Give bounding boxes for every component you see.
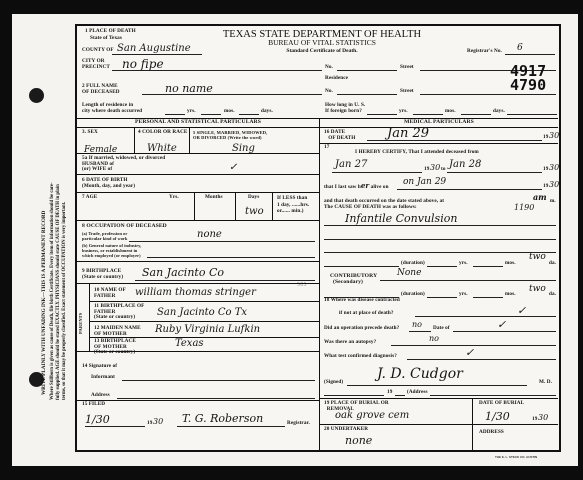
age-months-label: Months [205, 195, 223, 201]
md-label: M. D. [539, 380, 552, 386]
date-of-value: ✓ [497, 318, 506, 331]
sign-year-prefix: 19 [387, 390, 392, 396]
mother-birthplace-value: Texas [175, 338, 204, 349]
street-label-1: Street [400, 65, 414, 71]
from-year-prefix: 19 [424, 167, 429, 173]
physician-address-label: (Address [407, 390, 428, 396]
filed-year: 30 [153, 417, 163, 426]
age-label: 7 AGE [82, 195, 97, 201]
operation-value: no [412, 320, 422, 329]
disease-value: ✓ [517, 304, 526, 317]
city-label: CITY ORPRECINCT [82, 59, 110, 70]
dod-label-2: OF DEATH [328, 135, 355, 141]
informant-label-2: Informant [91, 375, 115, 381]
city-label-2: PRECINCT [82, 64, 110, 70]
place-of-death-label: 1 PLACE OF DEATH [85, 29, 136, 35]
operation-label: Did an operation precede death? [324, 326, 399, 332]
registrar-signature: T. G. Roberson [182, 412, 263, 425]
no-label-1: No. [325, 65, 333, 71]
less-label-2: 1 day, ......hrs. [277, 202, 309, 208]
occupation-a-value: none [197, 229, 222, 240]
less-label-3: or...... min.) [277, 208, 304, 214]
state-label: State of Texas [90, 36, 122, 42]
cause-mos-label: mos. [505, 261, 516, 267]
signed-label: (Signed) [324, 380, 343, 386]
residence-label: Residence [325, 76, 348, 82]
file-number-bottom: 4790 [510, 76, 546, 94]
birthplace-label: 9 BIRTHPLACE(State or country) [82, 269, 123, 280]
death-time-value: am [533, 192, 547, 202]
burial-place-value: oak grove cem [335, 410, 409, 421]
father-label-2: FATHER [94, 293, 115, 299]
printer-mark: THE E. L. STECK CO. AUSTIN [495, 455, 537, 459]
mother-name-value: Ruby Virginia Lufkin [155, 324, 260, 335]
occupation-a-label: (a) Trade, profession orparticular kind … [82, 232, 128, 242]
side-instruction-1: WRITE PLAINLY WITH UNFADING INK—THIS IS … [42, 85, 47, 395]
disease-contracted-label: 18 Where was disease contracted [324, 298, 400, 304]
registrar-label: Registrar. [287, 421, 310, 427]
contributory-value: None [397, 268, 421, 278]
cause-value: Infantile Convulsion [345, 212, 457, 225]
test-label: What test confirmed diagnosis? [324, 354, 397, 360]
parents-label: PARENTS [78, 313, 84, 334]
cause-label: The CAUSE OF DEATH was as follows: [324, 205, 417, 211]
burial-date-value: 1/30 [485, 410, 510, 423]
side-instruction-4: terms, so that it may be properly classi… [62, 70, 67, 400]
informant-address-label: Address [91, 393, 110, 399]
side-instruction-2: Where Stillborn is given as cause of Dea… [50, 70, 55, 400]
cause-da-label: da. [549, 261, 556, 267]
spouse-value: ✓ [229, 162, 237, 173]
contrib-da-label: da. [549, 292, 556, 298]
city-value: no fipe [122, 57, 164, 71]
contrib-mos-label: mos. [505, 292, 516, 298]
spouse-label: 5a If married, widowed, or divorcedHUSBA… [82, 156, 165, 173]
to-year: 30 [549, 163, 559, 172]
residence-length-label: Length of residence incity where death o… [82, 103, 142, 114]
father-birthplace-label: 11 BIRTHPLACE OFFATHER(State or country) [94, 304, 144, 321]
full-name-label-2: OF DECEASED [82, 89, 120, 95]
death-certificate-form: 1 PLACE OF DEATH State of Texas TEXAS ST… [75, 24, 561, 452]
marital-label: 5 SINGLE, MARRIED, WIDOWED,OR DIVORCED (… [193, 130, 267, 140]
street-label-2: Street [400, 89, 414, 95]
last-saw-value: on Jan 29 [403, 177, 446, 187]
cause-yrs-label: yrs. [459, 261, 468, 267]
us-yrs-label: yrs. [399, 109, 408, 115]
county-label: COUNTY OF [82, 48, 114, 54]
filed-year-prefix: 19 [147, 421, 152, 427]
cause-duration-days: two [529, 252, 546, 262]
dob-label: 6 DATE OF BIRTH(Month, day, and year) [82, 178, 135, 189]
m-label: m. [550, 199, 556, 205]
burial-year: 30 [538, 413, 548, 422]
less-than-label: If LESS than1 day, ......hrs.or...... mi… [277, 195, 309, 215]
sex-label: 3. SEX [82, 130, 98, 136]
date-of-label: Date of [433, 326, 450, 332]
res-days-label: days. [261, 109, 273, 115]
age-yrs-label: Yrs. [169, 195, 179, 201]
us-residence-label: How long in U. S.If foreign born? [325, 103, 365, 114]
county-value: San Augustine [117, 43, 191, 54]
occupation-b-label: (b) General nature of industry,business,… [82, 244, 141, 258]
undertaker-address-label: ADDRESS [479, 430, 504, 436]
occ-a-2: particular kind of work [82, 236, 128, 241]
dod-label: 16 DATE OF DEATH [324, 130, 355, 141]
burial-date-label: DATE OF BURIAL [479, 401, 524, 407]
dod-year-prefix: 19 [543, 135, 548, 141]
spouse-label-3: (or) WIFE of [82, 166, 112, 172]
alive-label: alive on [371, 184, 389, 190]
disease-place-label: if not at place of death? [339, 311, 394, 317]
filed-date: 1/30 [85, 413, 110, 426]
full-name-label: 2 FULL NAMEOF DECEASED [82, 84, 120, 95]
autopsy-label: Was there an autopsy? [324, 340, 376, 346]
dod-year: 30 [549, 131, 559, 140]
contrib-duration-label: (duration) [401, 292, 425, 298]
age-days-label: Days [248, 195, 259, 201]
contrib-yrs-label: yrs. [459, 292, 468, 298]
no-label-2: No. [325, 89, 333, 95]
personal-section-title: PERSONAL AND STATISTICAL PARTICULARS [77, 120, 319, 126]
father-name-value: william thomas stringer [135, 287, 256, 298]
contrib-duration-days: two [529, 284, 546, 294]
autopsy-value: no [429, 334, 439, 343]
us-label-2: If foreign born? [325, 108, 362, 114]
mother-birthplace-label: 13 BIRTHPLACEOF MOTHER(State or country) [94, 339, 136, 356]
bureau-title: BUREAU OF VITAL STATISTICS [197, 39, 447, 47]
us-mos-label: mos. [445, 109, 456, 115]
side-instruction-3: fully supplied. AGE should be stated EXA… [56, 70, 61, 400]
father-name-label: 10 NAME OFFATHER [94, 288, 126, 299]
attended-to-value: Jan 28 [449, 159, 481, 170]
occ-b-3: which employed (or employer) [82, 253, 141, 258]
item-17-label: 17 [324, 145, 329, 151]
last-saw-year: 30 [549, 180, 559, 189]
contributory-label: CONTRIBUTORY (Secondary) [330, 274, 377, 285]
registrar-no-label: Registrar's No. [467, 49, 502, 55]
mother-label-2: OF MOTHER [94, 331, 127, 337]
mother-name-label: 12 MAIDEN NAMEOF MOTHER [94, 326, 141, 337]
certificate-type: Standard Certificate of Death. [197, 48, 447, 54]
res-yrs-label: yrs. [187, 109, 196, 115]
full-name-value: no name [165, 82, 213, 95]
contributory-label-2: (Secondary) [333, 279, 363, 285]
dob-label-2: (Month, day, and year) [82, 183, 135, 189]
test-value: ✓ [465, 346, 474, 359]
last-saw-pronoun: er [361, 181, 369, 190]
registrar-no-value: 6 [517, 43, 523, 53]
physician-signature: J. D. Cudgor [377, 366, 463, 382]
last-saw-year-prefix: 19 [543, 184, 548, 190]
medical-section-title: MEDICAL PARTICULARS [320, 120, 558, 126]
certify-text: I HEREBY CERTIFY, That I attended deceas… [355, 150, 479, 156]
to-label: to [441, 167, 446, 173]
attended-from-value: Jan 27 [335, 159, 367, 170]
last-saw-label: that I last saw her alive on [324, 183, 389, 191]
cause-duration-label: (duration) [401, 261, 425, 267]
burial-year-prefix: 19 [532, 417, 537, 423]
birthplace-label-2: (State or country) [82, 274, 123, 280]
age-days-value: two [245, 206, 264, 217]
birthplace-value: San Jacinto Co [142, 266, 224, 279]
residence-length-label-2: city where death occurred [82, 108, 142, 114]
father-birthplace-value: San Jacinto Co Tx [157, 307, 247, 318]
res-mos-label: mos. [224, 109, 235, 115]
undertaker-label: 20 UNDERTAKER [324, 427, 368, 433]
last-saw-text: that I last saw h [324, 184, 361, 190]
color-label: 4 COLOR OR RACE [138, 130, 188, 136]
us-days-label: days. [493, 109, 505, 115]
cause-note: 1190 [514, 203, 534, 212]
to-year-prefix: 19 [543, 167, 548, 173]
from-year: 30 [430, 163, 440, 172]
less-label-1: If LESS than [277, 195, 307, 201]
filed-label: 15 FILED [82, 402, 105, 408]
father-bp-label-3: (State or country) [94, 314, 135, 320]
informant-label-1: 14 Signature of [82, 364, 117, 370]
marital-label-2: OR DIVORCED (Write the word) [193, 135, 262, 140]
occupation-label: 8 OCCUPATION OF DECEASED [82, 224, 167, 230]
dod-value: Jan 29 [387, 126, 429, 141]
undertaker-value: none [345, 434, 372, 447]
